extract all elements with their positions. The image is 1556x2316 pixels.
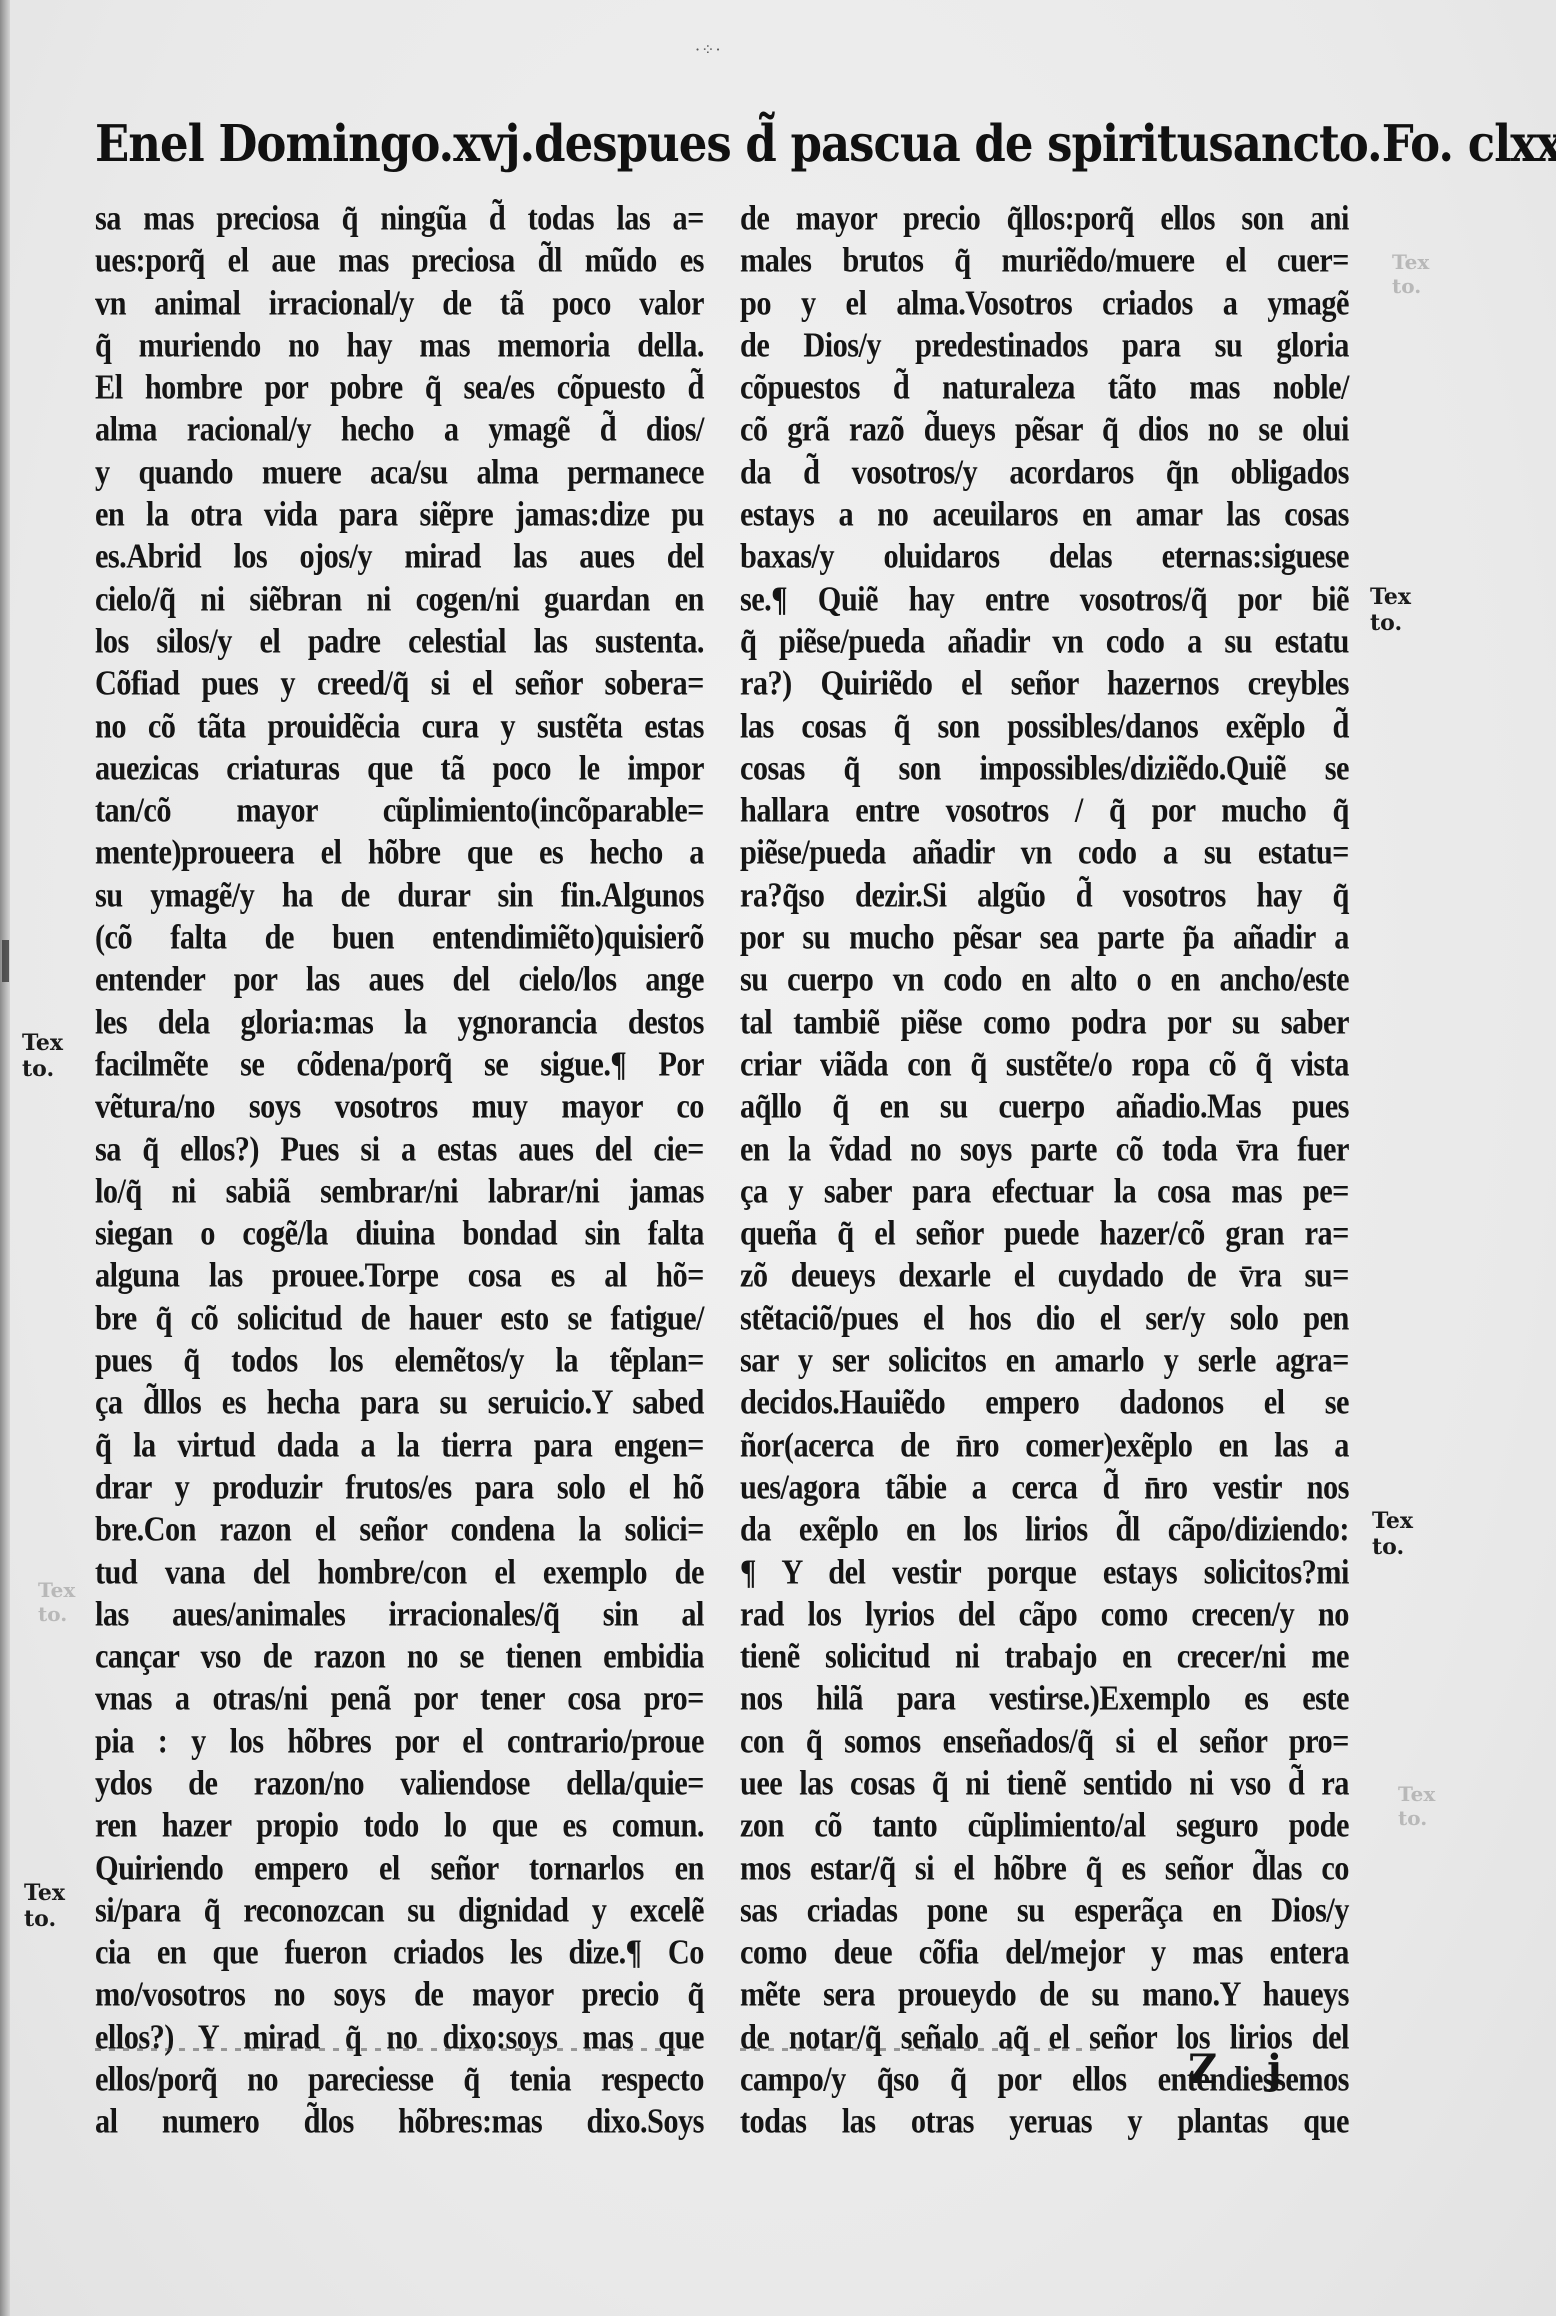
text-line: q̃ la virtud dada a la tierra para engen… [95,1424,704,1468]
text-line: baxas/y oluidaros delas eternas:siguese [740,535,1349,579]
margin-note-line: Tex [1370,584,1411,610]
book-page: ·⁘· Enel Domingo.xvj.despues d̃ pascua d… [0,0,1556,2316]
text-line: cosas q̃ son impossibles/diziẽdo.Quiẽ se [740,747,1349,791]
text-line: queña q̃ el señor puede hazer/cõ gran ra… [740,1212,1349,1256]
text-line: ren hazer propio todo lo que es comun. [95,1804,704,1848]
text-line: vẽtura/no soys vosotros muy mayor co [95,1085,704,1129]
text-line: en la otra vida para siẽpre jamas:dize p… [95,493,704,537]
text-line: ra?) Quiriẽdo el señor hazernos creybles [740,662,1349,706]
text-line: las cosas q̃ son possibles/danos exẽplo … [740,705,1349,749]
text-line: siegan o cogẽ/la diuina bondad sin falta [95,1212,704,1256]
signature-mark: Z j [1188,2046,1300,2093]
bleed-through-note: Tex to. [1398,1782,1435,1830]
text-line: hallara entre vosotros / q̃ por mucho q̃ [740,789,1349,833]
text-line: cõ grã razõ d̃ueys pẽsar q̃ dios no se o… [740,408,1349,452]
text-line: mo/vosotros no soys de mayor precio q̃ [95,1973,704,2017]
text-line: tal tambiẽ piẽse como podra por su saber [740,1001,1349,1045]
text-line: nos hilã para vestirse.)Exemplo es este [740,1677,1349,1721]
text-line: zon cõ tanto cũplimiento/al seguro pode [740,1804,1349,1848]
text-line: alguna las prouee.Torpe cosa es al hõ= [95,1254,704,1298]
text-line: stẽtaciõ/pues el hos dio el ser/y solo p… [740,1297,1349,1341]
text-line: facilmẽte se cõdena/porq̃ se sigue.¶ Por [95,1043,704,1087]
text-line: bre q̃ cõ solicitud de hauer esto se fat… [95,1297,704,1341]
text-column-right: de mayor precio q̃llos:porq̃ ellos son a… [740,198,1350,2144]
text-line: alma racional/y hecho a ymagẽ d̃ dios/ [95,408,704,452]
text-line: cançar vso de razon no se tienen embidia [95,1635,704,1679]
text-line: da d̃ vosotros/y acordaros q̃n obligados [740,451,1349,495]
text-line: estays a no aceuilaros en amar las cosas [740,493,1349,537]
text-line: ça d̃llos es hecha para su seruicio.Y sa… [95,1381,704,1425]
text-line: Cõfiad pues y creed/q̃ si el señor sober… [95,662,704,706]
text-line: pues q̃ todos los elemẽtos/y la tẽplan= [95,1339,704,1383]
text-line: zõ deueys dexarle el cuydado de v̄ra su= [740,1254,1349,1298]
top-ornament: ·⁘· [695,40,722,59]
margin-note-line: to. [1370,610,1411,636]
text-line: decidos.Hauiẽdo empero dadonos el se [740,1381,1349,1425]
text-line: se.¶ Quiẽ hay entre vosotros/q̃ por biẽ [740,578,1349,622]
binding-edge [0,0,10,2316]
margin-note-line: to. [22,1056,63,1082]
text-line: las aues/animales irracionales/q̃ sin al [95,1593,704,1637]
text-line: (cõ falta de buen entendimiẽto)quisierõ [95,916,704,960]
text-line: vnas a otras/ni penã por tener cosa pro= [95,1677,704,1721]
bleed-through-note: Tex to. [1392,250,1429,298]
text-line: sas criadas pone su esperãça en Dios/y [740,1889,1349,1933]
text-line: ñor(acerca de n̄ro comer)exẽplo en las a [740,1424,1349,1468]
text-line: ues:porq̃ el aue mas preciosa d̃l mũdo e… [95,239,704,283]
margin-note-line: Tex [1372,1508,1413,1534]
text-line: no cõ tãta prouidẽcia cura y sustẽta est… [95,705,704,749]
text-line: drar y produzir frutos/es para solo el h… [95,1466,704,1510]
text-line: q̃ muriendo no hay mas memoria della. [95,324,704,368]
folio-number: Fo. clxxxix. [1382,114,1556,173]
running-head-title: Enel Domingo.xvj.despues d̃ pascua de sp… [95,114,1382,173]
text-line: cielo/q̃ ni siẽbran ni cogen/ni guardan … [95,578,704,622]
text-line: ellos/porq̃ no pareciesse q̃ tenia respe… [95,2058,704,2102]
margin-note-texto: Tex to. [24,1880,65,1932]
text-line: todas las otras yeruas y plantas que [740,2100,1349,2144]
text-line: sa mas preciosa q̃ ningũa d̃ todas las a… [95,197,704,241]
text-line: por su mucho pẽsar sea parte p̃a añadir … [740,916,1349,960]
text-line: ra?q̃so dezir.Si algũo d̃ vosotros hay q… [740,874,1349,918]
margin-note-line: to. [24,1906,65,1932]
text-line: si/para q̃ reconozcan su dignidad y exce… [95,1889,704,1933]
text-line: po y el alma.Vosotros criados a ymagẽ [740,282,1349,326]
text-line: ydos de razon/no valiendose della/quie= [95,1762,704,1806]
text-line: entender por las aues del cielo/los ange [95,958,704,1002]
text-line: bre.Con razon el señor condena la solici… [95,1508,704,1552]
margin-note-line: to. [1372,1534,1413,1560]
text-line: y quando muere aca/su alma permanece [95,451,704,495]
text-line: vn animal irracional/y de tã poco valor [95,282,704,326]
margin-note-line: Tex [22,1030,63,1056]
text-line: tan/cõ mayor cũplimiento(incõparable= [95,789,704,833]
text-line: pia : y los hõbres por el contrario/prou… [95,1720,704,1764]
text-line: da exẽplo en los lirios d̃l cãpo/diziend… [740,1508,1349,1552]
text-line: tud vana del hombre/con el exemplo de [95,1550,704,1594]
text-line: ça y saber para efectuar la cosa mas pe= [740,1170,1349,1214]
bleed-through-note: Tex to. [38,1578,75,1626]
text-line: q̃ piẽse/pueda añadir vn codo a su estat… [740,620,1349,664]
text-line: ¶ Y del vestir porque estays solicitos?m… [740,1550,1349,1594]
bottom-rule-right [740,2048,1100,2051]
text-line: El hombre por pobre q̃ sea/es cõpuesto d… [95,366,704,410]
margin-note-texto: Tex to. [22,1030,63,1082]
margin-note-line: Tex [24,1880,65,1906]
text-line: mẽte sera proueydo de su mano.Y haueys [740,1973,1349,2017]
text-line: sa q̃ ellos?) Pues si a estas aues del c… [95,1127,704,1171]
margin-note-texto: Tex to. [1372,1508,1413,1560]
text-line: es.Abrid los ojos/y mirad las aues del [95,535,704,579]
text-line: los silos/y el padre celestial las suste… [95,620,704,664]
text-line: lo/q̃ ni sabiã sembrar/ni labrar/ni jama… [95,1170,704,1214]
text-line: cõpuestos d̃ naturaleza tãto mas noble/ [740,366,1349,410]
text-line: su ymagẽ/y ha de durar sin fin.Algunos [95,874,704,918]
text-line: piẽse/pueda añadir vn codo a su estatu= [740,831,1349,875]
bottom-rule-left [95,2048,695,2051]
text-line: ellos?) Y mirad q̃ no dixo:soys mas que [95,2016,704,2060]
text-line: de Dios/y predestinados para su gloria [740,324,1349,368]
text-line: sar y ser solicitos en amarlo y serle ag… [740,1339,1349,1383]
text-line: en la ṽdad no soys parte cõ toda v̄ra fu… [740,1127,1349,1171]
text-line: criar viãda con q̃ sustẽte/o ropa cõ q̃ … [740,1043,1349,1087]
text-line: ues/agora tãbie a cerca d̃ n̄ro vestir n… [740,1466,1349,1510]
text-line: males brutos q̃ muriẽdo/muere el cuer= [740,239,1349,283]
binding-ink-mark [2,940,9,982]
text-line: Quiriendo empero el señor tornarlos en [95,1847,704,1891]
text-line: rad los lyrios del cãpo como crecen/y no [740,1593,1349,1637]
text-line: de mayor precio q̃llos:porq̃ ellos son a… [740,197,1349,241]
text-line: con q̃ somos enseñados/q̃ si el señor pr… [740,1720,1349,1764]
text-line: tienẽ solicitud ni trabajo en crecer/ni … [740,1635,1349,1679]
running-head: Enel Domingo.xvj.despues d̃ pascua de sp… [95,114,1355,186]
text-line: su cuerpo vn codo en alto o en ancho/est… [740,958,1349,1002]
margin-note-texto: Tex to. [1370,584,1411,636]
text-line: como deue cõfia del/mejor y mas entera [740,1931,1349,1975]
text-line: mente)proueera el hõbre que es hecho a [95,831,704,875]
text-line: mos estar/q̃ si el hõbre q̃ es señor d̃l… [740,1847,1349,1891]
text-column-left: sa mas preciosa q̃ ningũa d̃ todas las a… [95,198,705,2144]
text-line: aq̃llo q̃ en su cuerpo añadio.Mas pues [740,1085,1349,1129]
text-line: cia en que fueron criados les dize.¶ Co [95,1931,704,1975]
text-line: uee las cosas q̃ ni tienẽ sentido ni vso… [740,1762,1349,1806]
text-line: auezicas criaturas que tã poco le impor [95,747,704,791]
text-line: les dela gloria:mas la ygnorancia destos [95,1001,704,1045]
text-line: al numero d̃los hõbres:mas dixo.Soys [95,2100,704,2144]
